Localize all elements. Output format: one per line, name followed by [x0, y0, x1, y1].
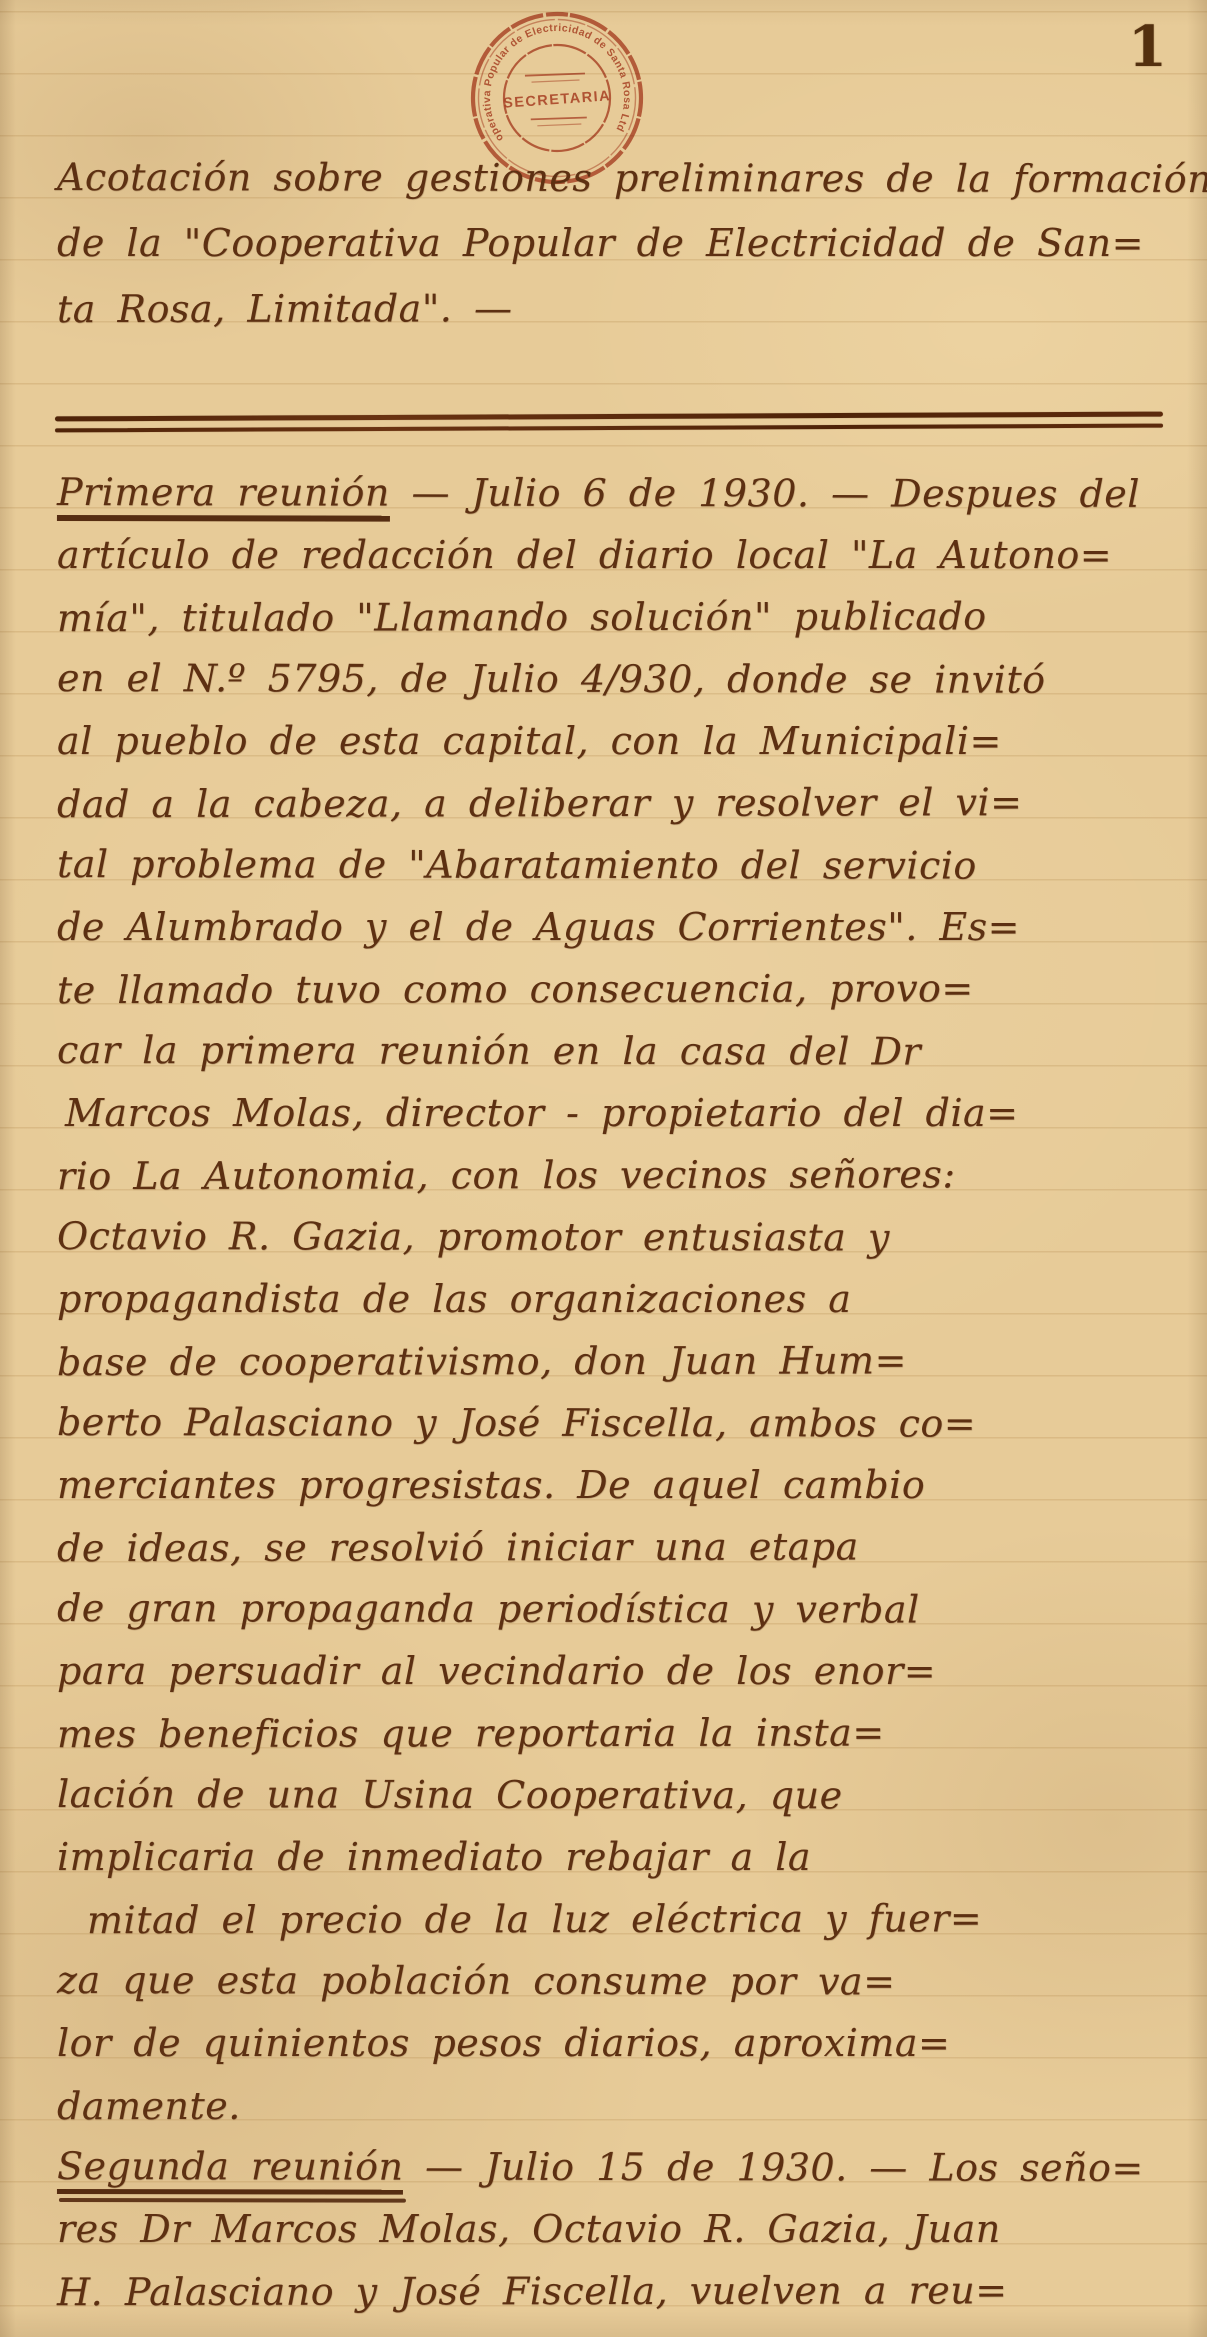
stamp-rule-bottom-2 [537, 122, 581, 128]
manuscript-line: merciantes progresistas. De aquel cambio [57, 1454, 1189, 1516]
manuscript-line: H. Palasciano y José Fiscella, vuelven a… [57, 2259, 1189, 2323]
stamp-center-text: SECRETARIA [503, 88, 612, 112]
manuscript-line: mitad el precio de la luz eléctrica y fu… [87, 1887, 1189, 1951]
manuscript-line: car la primera reunión en la casa del Dr [57, 1019, 1189, 1083]
manuscript-line: al pueblo de esta capital, con la Munici… [57, 710, 1189, 772]
manuscript-line: propagandista de las organizaciones a [57, 1268, 1189, 1330]
manuscript-line: mes beneficios que reportaria la insta= [57, 1701, 1189, 1765]
manuscript-line: de ideas, se resolvió iniciar una etapa [57, 1515, 1189, 1579]
manuscript-line: artículo de redacción del diario local "… [57, 524, 1189, 586]
document-title: Acotación sobre gestiones preliminares d… [57, 146, 1179, 341]
manuscript-line: res Dr Marcos Molas, Octavio R. Gazia, J… [57, 2198, 1189, 2260]
manuscript-line: rio La Autonomia, con los vecinos señore… [57, 1143, 1189, 1207]
manuscript-body: Primera reunión — Julio 6 de 1930. — Des… [57, 462, 1189, 2322]
manuscript-line: Marcos Molas, director - propietario del… [65, 1082, 1189, 1144]
manuscript-line: para persuadir al vecindario de los enor… [57, 1640, 1189, 1702]
manuscript-line: implicaria de inmediato rebajar a la [57, 1826, 1189, 1888]
manuscript-line: Octavio R. Gazia, promotor entusiasta y [57, 1205, 1189, 1269]
manuscript-line: berto Palasciano y José Fiscella, ambos … [57, 1391, 1189, 1455]
manuscript-line: damente. [57, 2073, 1189, 2137]
section-heading: Segunda reunión [57, 2144, 404, 2195]
title-line: Acotación sobre gestiones preliminares d… [57, 145, 1179, 212]
title-line: ta Rosa, Limitada". — [57, 275, 1179, 342]
manuscript-line: za que esta población consume por va= [57, 1949, 1189, 2013]
stamp-rule-top-2 [532, 78, 580, 84]
manuscript-line: de gran propaganda periodística y verbal [57, 1577, 1189, 1641]
manuscript-text: — Julio 6 de 1930. — Despues del [390, 471, 1140, 516]
manuscript-line: tal problema de "Abaratamiento del servi… [57, 833, 1189, 897]
manuscript-line: lor de quinientos pesos diarios, aproxim… [57, 2012, 1189, 2074]
manuscript-line: en el N.º 5795, de Julio 4/930, donde se… [57, 647, 1189, 711]
page-number: 1 [1128, 14, 1169, 80]
manuscript-line: Primera reunión — Julio 6 de 1930. — Des… [57, 461, 1189, 525]
title-line: de la "Cooperativa Popular de Electricid… [57, 211, 1179, 276]
manuscript-page: Cooperativa Popular de Electricidad de S… [0, 0, 1207, 2337]
manuscript-line: Segunda reunión — Julio 15 de 1930. — Lo… [57, 2135, 1189, 2199]
stamp-rule-bottom [531, 114, 587, 122]
section-heading: Primera reunión [57, 470, 390, 522]
manuscript-line: base de cooperativismo, don Juan Hum= [57, 1329, 1189, 1393]
manuscript-line: mía", titulado "Llamando solución" publi… [57, 585, 1189, 649]
manuscript-line: te llamado tuvo como consecuencia, provo… [57, 957, 1189, 1021]
manuscript-text: — Julio 15 de 1930. — Los seño= [403, 2145, 1143, 2190]
manuscript-line: dad a la cabeza, a deliberar y resolver … [57, 771, 1189, 835]
manuscript-line: de Alumbrado y el de Aguas Corrientes". … [57, 896, 1189, 958]
manuscript-line: lación de una Usina Cooperativa, que [57, 1763, 1189, 1827]
stamp-rule-top [525, 70, 585, 78]
